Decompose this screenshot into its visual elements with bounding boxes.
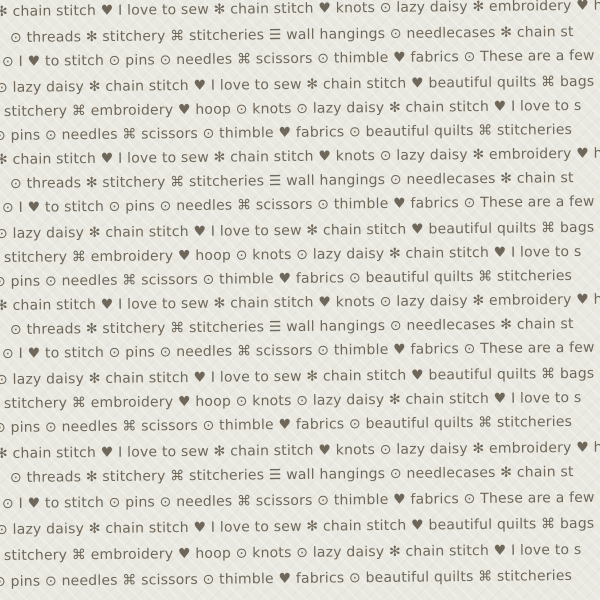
pattern-row: ⊙ pins ⊙ needles ⌘ scissors ⊙ thimble ♥ … [0,568,572,590]
pattern-row: ⊙ threads ✻ stitchery ⌘ stitcheries ☰ wa… [10,316,574,338]
pattern-row: ⊙ pins ⊙ needles ⌘ scissors ⊙ thimble ♥ … [0,268,572,290]
pattern-row: stitchery ⌘ embroidery ♥ hoop ⊙ knots ⊙ … [4,244,582,266]
pattern-row: stitchery ⌘ embroidery ♥ hoop ⊙ knots ⊙ … [4,98,582,120]
pattern-row: ⊙ pins ⊙ needles ⌘ scissors ⊙ thimble ♥ … [0,414,572,436]
pattern-row: ⊙ threads ✻ stitchery ⌘ stitcheries ☰ wa… [10,170,574,192]
pattern-row: ⊙ I ♥ to stitch ⊙ pins ⊙ needles ⌘ sciss… [2,490,595,512]
pattern-row: ✻ chain stitch ♥ I love to sew ✻ chain s… [0,146,600,168]
pattern-row: ⊙ I ♥ to stitch ⊙ pins ⊙ needles ⌘ sciss… [2,340,595,362]
pattern-row: ✻ chain stitch ♥ I love to sew ✻ chain s… [0,292,600,314]
pattern-row: ⊙ lazy daisy ✻ chain stitch ♥ I love to … [0,366,594,388]
pattern-row: ⊙ lazy daisy ✻ chain stitch ♥ I love to … [0,516,594,538]
pattern-row: ✻ chain stitch ♥ I love to sew ✻ chain s… [0,0,600,20]
pattern-row: ✻ chain stitch ♥ I love to sew ✻ chain s… [0,440,600,462]
pattern-row: ⊙ threads ✻ stitchery ⌘ stitcheries ☰ wa… [10,464,574,486]
pattern-row: ⊙ threads ✻ stitchery ⌘ stitcheries ☰ wa… [10,24,574,46]
pattern-row: ⊙ I ♥ to stitch ⊙ pins ⊙ needles ⌘ sciss… [2,48,595,70]
fabric-pattern: ✻ chain stitch ♥ I love to sew ✻ chain s… [0,0,600,600]
pattern-row: ⊙ lazy daisy ✻ chain stitch ♥ I love to … [0,220,594,242]
pattern-row: stitchery ⌘ embroidery ♥ hoop ⊙ knots ⊙ … [4,390,582,412]
pattern-row: stitchery ⌘ embroidery ♥ hoop ⊙ knots ⊙ … [4,542,582,564]
pattern-row: ⊙ lazy daisy ✻ chain stitch ♥ I love to … [0,74,594,96]
pattern-row: ⊙ pins ⊙ needles ⌘ scissors ⊙ thimble ♥ … [0,122,572,144]
pattern-row: ⊙ I ♥ to stitch ⊙ pins ⊙ needles ⌘ sciss… [2,194,595,216]
